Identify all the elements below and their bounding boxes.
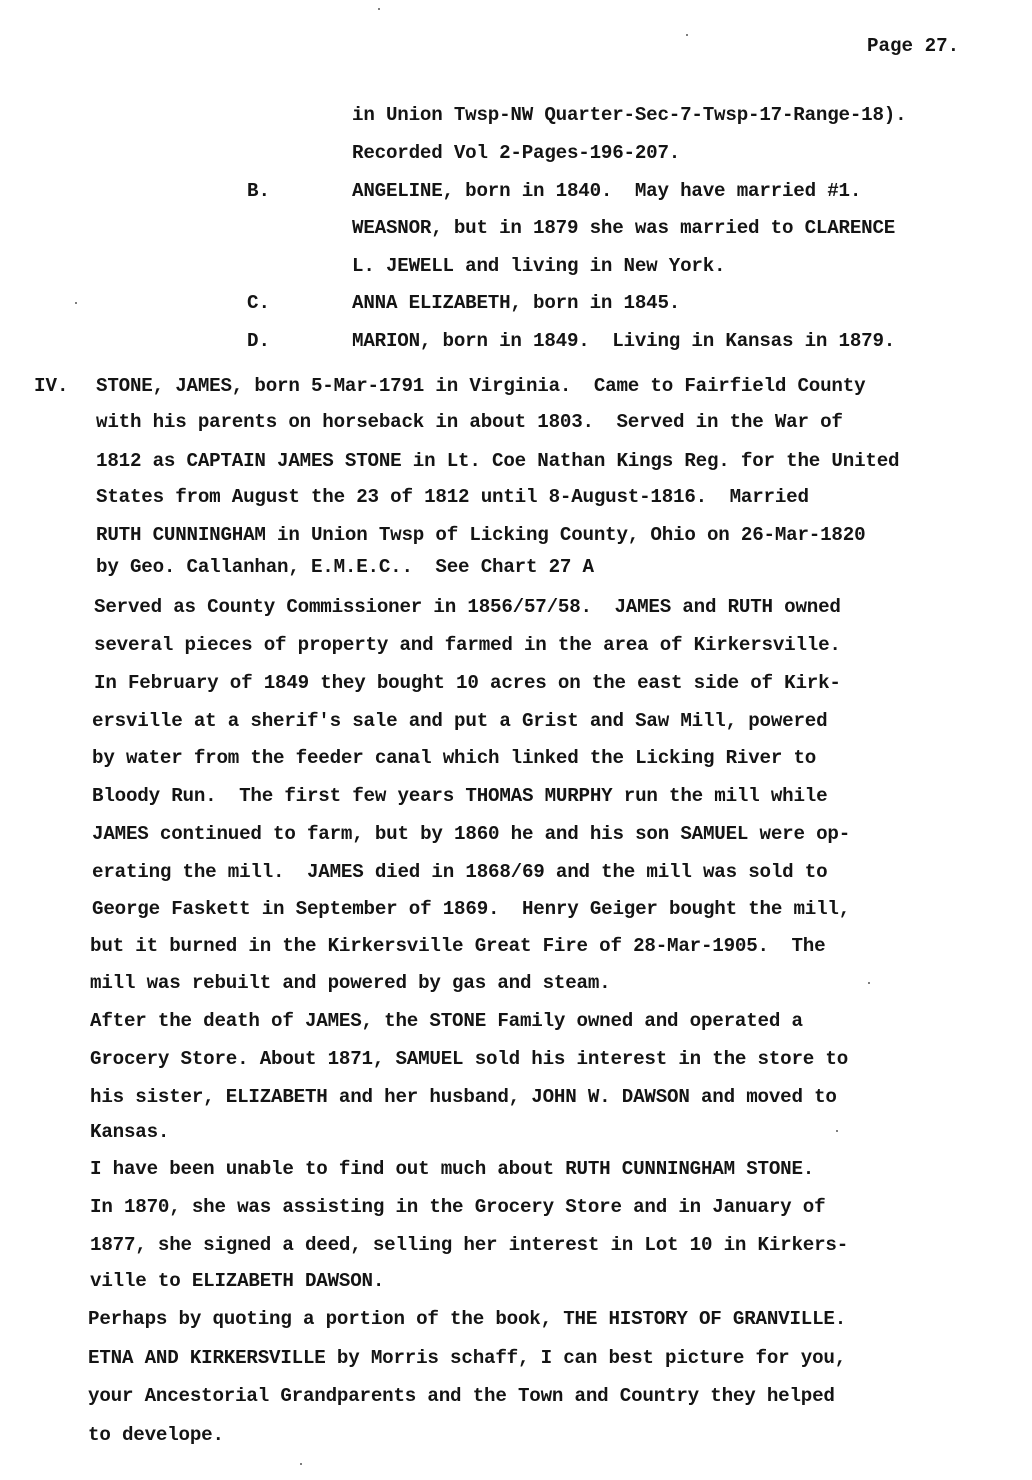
body-line: but it burned in the Kirkersville Great … (90, 935, 825, 957)
section-iv-marker: IV. (34, 375, 69, 397)
scan-speck (836, 1130, 838, 1132)
child-c-line: ANNA ELIZABETH, born in 1845. (352, 292, 680, 314)
body-line: by water from the feeder canal which lin… (92, 747, 816, 769)
child-b-line: L. JEWELL and living in New York. (352, 255, 725, 277)
section-iv-line: RUTH CUNNINGHAM in Union Twsp of Licking… (96, 524, 865, 546)
scan-speck (378, 8, 380, 10)
scan-speck (300, 1463, 302, 1465)
section-iv-line: by Geo. Callanhan, E.M.E.C.. See Chart 2… (96, 556, 594, 578)
child-b-line: WEASNOR, but in 1879 she was married to … (352, 217, 895, 239)
body-line: to develope. (88, 1424, 224, 1446)
section-iv-line: States from August the 23 of 1812 until … (96, 486, 809, 508)
scan-speck (75, 302, 77, 304)
body-line: Bloody Run. The first few years THOMAS M… (92, 785, 827, 807)
body-line: several pieces of property and farmed in… (94, 634, 841, 656)
child-b-line: ANGELINE, born in 1840. May have married… (352, 180, 861, 202)
body-line: After the death of JAMES, the STONE Fami… (90, 1010, 803, 1032)
body-line: 1877, she signed a deed, selling her int… (90, 1234, 848, 1256)
body-line: ETNA AND KIRKERSVILLE by Morris schaff, … (88, 1347, 846, 1369)
body-line: Grocery Store. About 1871, SAMUEL sold h… (90, 1048, 848, 1070)
body-line: ville to ELIZABETH DAWSON. (90, 1270, 384, 1292)
body-line: his sister, ELIZABETH and her husband, J… (90, 1086, 837, 1108)
body-line: JAMES continued to farm, but by 1860 he … (92, 823, 850, 845)
page-number: Page 27. (867, 35, 959, 57)
body-line: George Faskett in September of 1869. Hen… (92, 898, 850, 920)
child-marker-b: B. (247, 180, 270, 202)
body-line: I have been unable to find out much abou… (90, 1158, 814, 1180)
scan-speck (686, 34, 688, 36)
body-line: ersville at a sherif's sale and put a Gr… (92, 710, 827, 732)
body-line: Kansas. (90, 1121, 169, 1143)
document-page: Page 27. in Union Twsp-NW Quarter-Sec-7-… (0, 0, 1032, 1480)
scan-speck (868, 982, 870, 984)
body-line: In 1870, she was assisting in the Grocer… (90, 1196, 825, 1218)
section-iv-line: 1812 as CAPTAIN JAMES STONE in Lt. Coe N… (96, 450, 899, 472)
section-iv-line: with his parents on horseback in about 1… (96, 411, 843, 433)
section-iv-line: STONE, JAMES, born 5-Mar-1791 in Virgini… (96, 375, 865, 397)
body-line: Served as County Commissioner in 1856/57… (94, 596, 841, 618)
body-line: your Ancestorial Grandparents and the To… (88, 1385, 835, 1407)
body-line: Perhaps by quoting a portion of the book… (88, 1308, 846, 1330)
continuation-line: Recorded Vol 2-Pages-196-207. (352, 142, 680, 164)
child-marker-c: C. (247, 292, 270, 314)
child-d-line: MARION, born in 1849. Living in Kansas i… (352, 330, 895, 352)
body-line: mill was rebuilt and powered by gas and … (90, 972, 610, 994)
body-line: In February of 1849 they bought 10 acres… (94, 672, 841, 694)
child-marker-d: D. (247, 330, 270, 352)
body-line: erating the mill. JAMES died in 1868/69 … (92, 861, 827, 883)
continuation-line: in Union Twsp-NW Quarter-Sec-7-Twsp-17-R… (352, 104, 906, 126)
